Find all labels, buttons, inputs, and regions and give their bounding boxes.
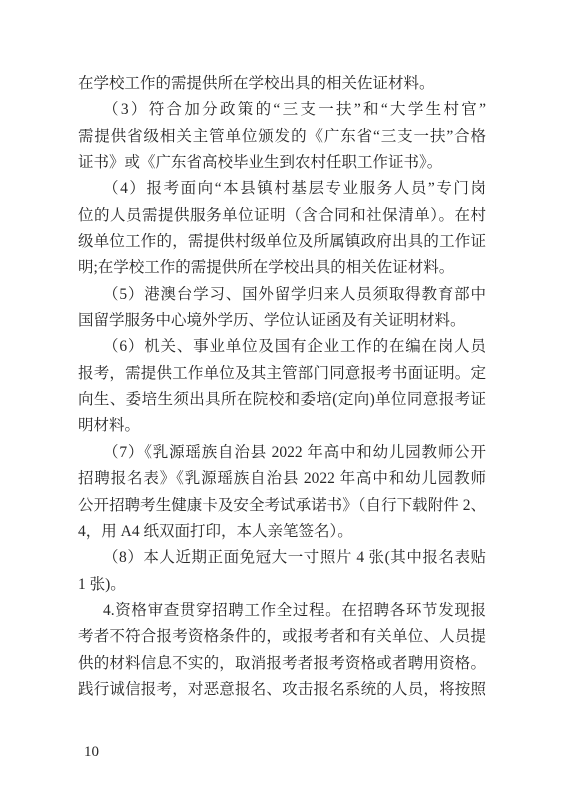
document-page: 在学校工作的需提供所在学校出具的相关佐证材料。（3）符合加分政策的“三支一扶”和… [0,0,561,793]
text-line: 级单位工作的，需提供村级单位及所属镇政府出具的工作证 [78,229,486,255]
text-line: 证书》或《广东省高校毕业生到农村任职工作证书》。 [78,150,486,176]
text-line: 践行诚信报考，对恶意报名、攻击报名系统的人员，将按照 [78,677,486,703]
text-line: 报考，需提供工作单位及其主管部门同意报考书面证明。定 [78,361,486,387]
text-line: （4）报考面向“本县镇村基层专业服务人员”专门岗 [78,176,486,202]
text-line: 1 张)。 [78,572,486,598]
text-line: 需提供省级相关主管单位颁发的《广东省“三支一扶”合格 [78,124,486,150]
document-body: 在学校工作的需提供所在学校出具的相关佐证材料。（3）符合加分政策的“三支一扶”和… [78,71,486,703]
text-line: （6）机关、事业单位及国有企业工作的在编在岗人员 [78,334,486,360]
text-line: 招聘报名表》《乳源瑶族自治县 2022 年高中和幼儿园教师 [78,466,486,492]
text-line: （3）符合加分政策的“三支一扶”和“大学生村官” [78,97,486,123]
text-line: 考者不符合报考资格条件的，或报考者和有关单位、人员提 [78,624,486,650]
page-number: 10 [84,742,99,762]
text-line: （5）港澳台学习、国外留学归来人员须取得教育部中 [78,282,486,308]
text-line: （7）《乳源瑶族自治县 2022 年高中和幼儿园教师公开 [78,440,486,466]
text-line: 明;在学校工作的需提供所在学校出具的相关佐证材料。 [78,255,486,281]
text-line: 明材料。 [78,413,486,439]
text-line: 国留学服务中心境外学历、学位认证函及有关证明材料。 [78,308,486,334]
text-line: 位的人员需提供服务单位证明（含合同和社保清单）。在村 [78,203,486,229]
text-line: 供的材料信息不实的，取消报考者报考资格或者聘用资格。 [78,651,486,677]
text-line: 4.资格审查贯穿招聘工作全过程。在招聘各环节发现报 [78,598,486,624]
text-line: 4，用 A4 纸双面打印，本人亲笔签名）。 [78,519,486,545]
text-line: 在学校工作的需提供所在学校出具的相关佐证材料。 [78,71,486,97]
text-line: 公开招聘考生健康卡及安全考试承诺书》（自行下载附件 2、 [78,493,486,519]
text-line: 向生、委培生须出具所在院校和委培(定向)单位同意报考证 [78,387,486,413]
text-line: （8）本人近期正面免冠大一寸照片 4 张(其中报名表贴 [78,545,486,571]
